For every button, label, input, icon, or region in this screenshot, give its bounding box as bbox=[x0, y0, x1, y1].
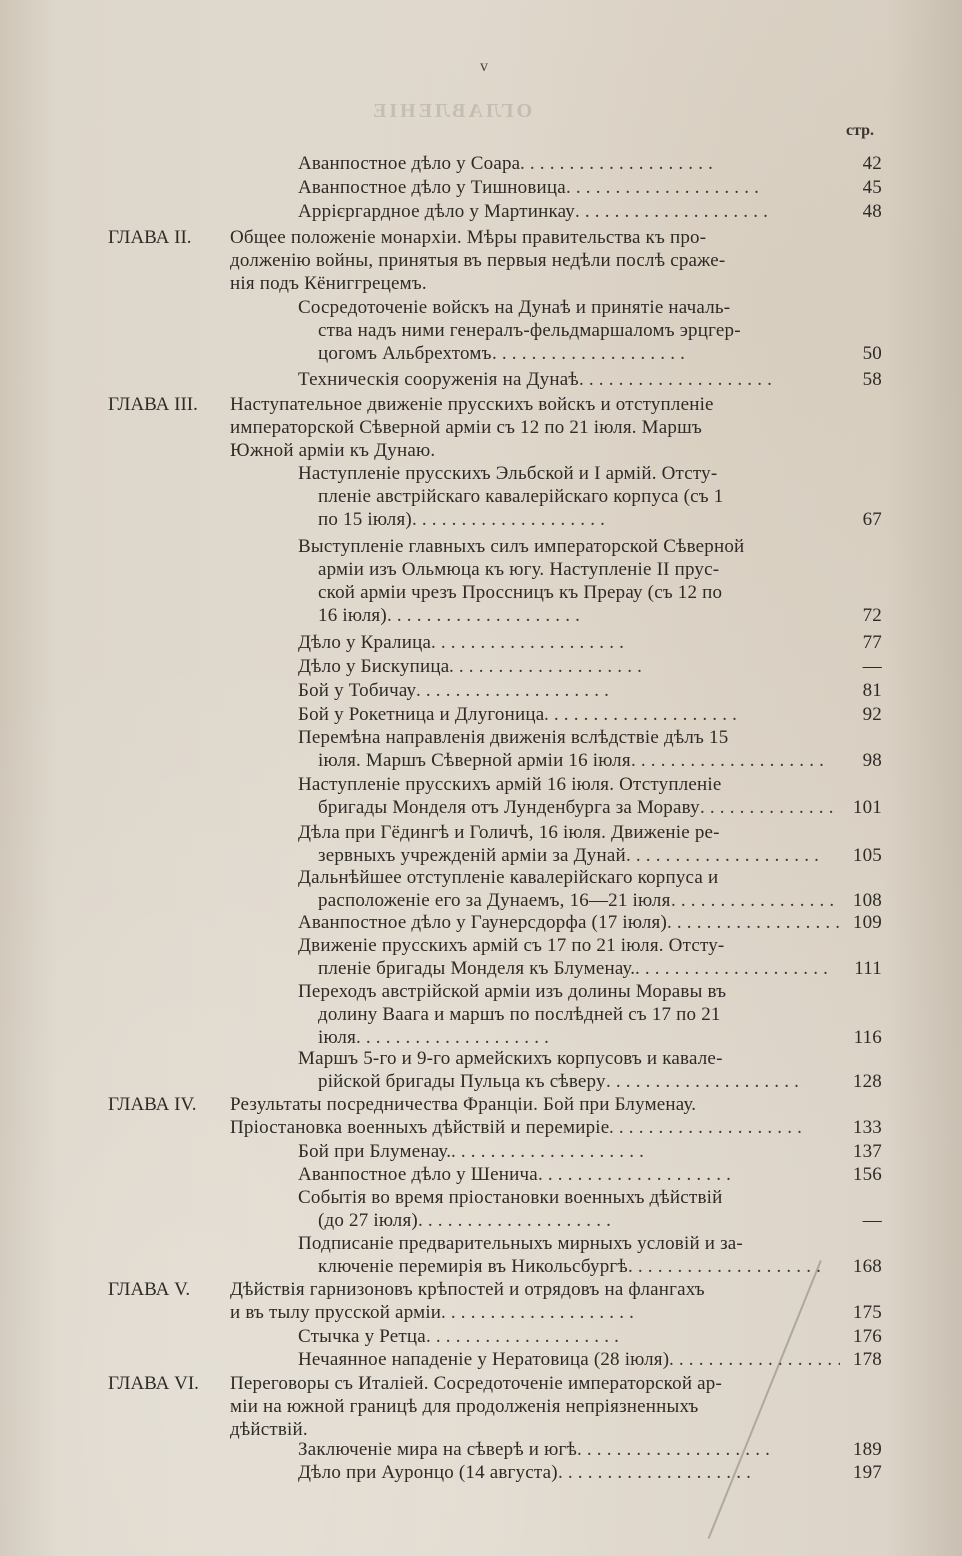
toc-page-number: 156 bbox=[842, 1163, 882, 1186]
leader-dots: . . . . . . . . . . . . . . . . . . . . bbox=[492, 342, 685, 365]
toc-entry-line: Дѣйствія гарнизоновъ крѣпостей и отрядов… bbox=[230, 1278, 840, 1301]
toc-entry-text: Аванпостное дѣло у Гаунерсдорфа (17 іюля… bbox=[298, 912, 667, 933]
toc-entry-line: цогомъ Альбрехтомъ . . . . . . . . . . .… bbox=[318, 342, 840, 365]
toc-page-number: 175 bbox=[842, 1301, 882, 1324]
toc-entry-line: міи на южной границѣ для продолженія неп… bbox=[230, 1395, 840, 1418]
toc-page-number: 111 bbox=[842, 957, 882, 980]
toc-entry-text: Сосредоточеніе войскъ на Дунаѣ и приняті… bbox=[298, 297, 730, 318]
toc-entry-text: ключеніе перемирія въ Никольсбургѣ bbox=[318, 1256, 628, 1277]
toc-entry-text: Движеніе прусскихъ армій съ 17 по 21 іюл… bbox=[298, 935, 724, 956]
toc-entry-line: Дѣло у Бискупица . . . . . . . . . . . .… bbox=[298, 655, 840, 678]
toc-entry-text: Результаты посредничества Франціи. Бой п… bbox=[230, 1094, 696, 1115]
toc-page-number: 45 bbox=[842, 176, 882, 199]
leader-dots: . . . . . . . . . . . . . . . . . . . . bbox=[700, 796, 840, 819]
toc-page-number: 98 bbox=[842, 749, 882, 772]
toc-entry-line: Дѣла при Гёдингѣ и Голичѣ, 16 іюля. Движ… bbox=[298, 821, 840, 844]
toc-entry-line: Общее положеніе монархіи. Мѣры правитель… bbox=[230, 226, 840, 249]
toc-entry-line: арміи изъ Ольмюца къ югу. Наступленіе II… bbox=[318, 558, 840, 581]
toc-page-number: 116 bbox=[842, 1026, 882, 1049]
toc-page-number: 108 bbox=[842, 889, 882, 912]
toc-entry-text: Аванпостное дѣло у Шенича bbox=[298, 1164, 538, 1185]
toc-page-number: 109 bbox=[842, 911, 882, 934]
toc-entry-line: Пріостановка военныхъ дѣйствій и перемир… bbox=[230, 1116, 840, 1139]
toc-entry-line: Техническія сооруженія на Дунаѣ . . . . … bbox=[298, 368, 840, 391]
toc-page-number: 178 bbox=[842, 1348, 882, 1371]
toc-entry-text: Дѣйствія гарнизоновъ крѣпостей и отрядов… bbox=[230, 1279, 705, 1300]
toc-entry-text: Маршъ 5-го и 9-го армейскихъ корпусовъ и… bbox=[298, 1048, 723, 1069]
toc-entry-text: ства надъ ними генералъ-фельдмаршаломъ э… bbox=[318, 320, 741, 341]
toc-entry-text: Наступательное движеніе прусскихъ войскъ… bbox=[230, 394, 714, 415]
toc-entry-line: Бой у Тобичау . . . . . . . . . . . . . … bbox=[298, 679, 840, 702]
leader-dots: . . . . . . . . . . . . . . . . . . . . bbox=[631, 749, 824, 772]
toc-entry-line: нія подъ Кёниггрецемъ. bbox=[230, 272, 840, 295]
toc-page-number: 168 bbox=[842, 1255, 882, 1278]
toc-entry-text: (до 27 іюля) bbox=[318, 1210, 418, 1231]
toc-entry-line: 16 іюля) . . . . . . . . . . . . . . . .… bbox=[318, 604, 840, 627]
toc-entry-line: Наступательное движеніе прусскихъ войскъ… bbox=[230, 393, 840, 416]
toc-entry-line: Аванпостное дѣло у Соара . . . . . . . .… bbox=[298, 152, 840, 175]
toc-page-number: 42 bbox=[842, 152, 882, 175]
toc-entry-line: Подписаніе предварительныхъ мирныхъ усло… bbox=[298, 1232, 840, 1255]
leader-dots: . . . . . . . . . . . . . . . . . . . . bbox=[558, 1461, 751, 1484]
toc-entry-line: зервныхъ учрежденій арміи за Дунай . . .… bbox=[318, 844, 840, 867]
toc-entry-line: Бой у Рокетница и Длугоница . . . . . . … bbox=[298, 703, 840, 726]
leader-dots: . . . . . . . . . . . . . . . . . . . . bbox=[449, 655, 642, 678]
toc-entry-text: долину Ваага и маршъ по послѣдней съ 17 … bbox=[318, 1004, 721, 1025]
toc-entry-text: Перемѣна направленія движенія вслѣдствіе… bbox=[298, 727, 728, 748]
toc-entry-text: Бой у Тобичау bbox=[298, 680, 416, 701]
leader-dots: . . . . . . . . . . . . . . . . . . . . bbox=[418, 1209, 611, 1232]
toc-entry-line: по 15 іюля) . . . . . . . . . . . . . . … bbox=[318, 508, 840, 531]
toc-entry-text: по 15 іюля) bbox=[318, 509, 412, 530]
toc-entry-line: іюля . . . . . . . . . . . . . . . . . .… bbox=[318, 1026, 840, 1049]
page-column-header: стр. bbox=[846, 122, 874, 140]
leader-dots: . . . . . . . . . . . . . . . . . . . . bbox=[520, 152, 713, 175]
toc-page-number: 67 bbox=[842, 508, 882, 531]
toc-entry-line: Переговоры съ Италіей. Сосредоточеніе им… bbox=[230, 1372, 840, 1395]
toc-entry-line: Маршъ 5-го и 9-го армейскихъ корпусовъ и… bbox=[298, 1047, 840, 1070]
toc-entry-text: Нечаянное нападеніе у Нератовица (28 іюл… bbox=[298, 1349, 669, 1370]
toc-page-number: 101 bbox=[842, 796, 882, 819]
toc-entry-text: долженію войны, принятыя въ первыя недѣл… bbox=[230, 250, 725, 271]
toc-entry-line: рійской бригады Пульца къ сѣверу . . . .… bbox=[318, 1070, 840, 1093]
toc-entry-text: пленіе австрійскаго кавалерійскаго корпу… bbox=[318, 486, 723, 507]
leader-dots: . . . . . . . . . . . . . . . . . . . . bbox=[441, 1301, 634, 1324]
toc-page-number: 81 bbox=[842, 679, 882, 702]
toc-entry-line: Аванпостное дѣло у Тишновица . . . . . .… bbox=[298, 176, 840, 199]
toc-entry-line: Наступленіе прусскихъ армій 16 іюля. Отс… bbox=[298, 773, 840, 796]
toc-entry-line: Бой при Блуменау. . . . . . . . . . . . … bbox=[298, 1140, 840, 1163]
toc-entry-text: Выступленіе главныхъ силъ императорской … bbox=[298, 536, 744, 557]
toc-entry-line: (до 27 іюля) . . . . . . . . . . . . . .… bbox=[318, 1209, 840, 1232]
toc-page-number: — bbox=[842, 655, 882, 678]
leader-dots: . . . . . . . . . . . . . . . . . . . . bbox=[566, 176, 759, 199]
leader-dots: . . . . . . . . . . . . . . . . . . . . bbox=[609, 1116, 802, 1139]
toc-entry-text: Пріостановка военныхъ дѣйствій и перемир… bbox=[230, 1117, 609, 1138]
chapter-label: ГЛАВА IV. bbox=[108, 1093, 196, 1116]
toc-entry-line: Дѣло у Кралица . . . . . . . . . . . . .… bbox=[298, 631, 840, 654]
toc-entry-line: Заключеніе мира на сѣверѣ и югѣ . . . . … bbox=[298, 1438, 840, 1461]
toc-page-number: — bbox=[842, 1209, 882, 1232]
toc-entry-line: Дѣло при Ауронцо (14 августа) . . . . . … bbox=[298, 1461, 840, 1484]
leader-dots: . . . . . . . . . . . . . . . . . . . . bbox=[606, 1070, 799, 1093]
toc-entry-text: Бой при Блуменау. bbox=[298, 1141, 451, 1162]
toc-page-number: 128 bbox=[842, 1070, 882, 1093]
toc-entry-line: Переходъ австрійской арміи изъ долины Мо… bbox=[298, 980, 840, 1003]
leader-dots: . . . . . . . . . . . . . . . . . . . . bbox=[356, 1026, 549, 1049]
toc-entry-text: рійской бригады Пульца къ сѣверу bbox=[318, 1071, 606, 1092]
toc-entry-line: ской арміи чрезъ Проссницъ къ Прерау (съ… bbox=[318, 581, 840, 604]
toc-entry-line: императорской Сѣверной арміи съ 12 по 21… bbox=[230, 416, 840, 439]
toc-entry-line: Перемѣна направленія движенія вслѣдствіе… bbox=[298, 726, 840, 749]
toc-entry-text: Дѣло при Ауронцо (14 августа) bbox=[298, 1462, 558, 1483]
toc-entry-text: Техническія сооруженія на Дунаѣ bbox=[298, 369, 579, 390]
toc-entry-text: 16 іюля) bbox=[318, 605, 387, 626]
leader-dots: . . . . . . . . . . . . . . . . . . . . bbox=[538, 1163, 731, 1186]
toc-entry-line: и въ тылу прусской арміи . . . . . . . .… bbox=[230, 1301, 840, 1324]
toc-entry-text: нія подъ Кёниггрецемъ. bbox=[230, 273, 427, 294]
chapter-label: ГЛАВА II. bbox=[108, 226, 192, 249]
toc-entry-text: арміи изъ Ольмюца къ югу. Наступленіе II… bbox=[318, 559, 719, 580]
book-page: v ОГЛАВЛЕНІЕ стр. Аванпостное дѣло у Соа… bbox=[0, 0, 962, 1556]
toc-page-number: 92 bbox=[842, 703, 882, 726]
toc-entry-text: Наступленіе прусскихъ Эльбской и I армій… bbox=[298, 463, 717, 484]
leader-dots: . . . . . . . . . . . . . . . . . . . . bbox=[412, 508, 605, 531]
toc-entry-text: расположеніе его за Дунаемъ, 16—21 іюля bbox=[318, 890, 671, 911]
toc-entry-text: Заключеніе мира на сѣверѣ и югѣ bbox=[298, 1439, 577, 1460]
toc-entry-line: Выступленіе главныхъ силъ императорской … bbox=[298, 535, 840, 558]
toc-entry-text: Бой у Рокетница и Длугоница bbox=[298, 704, 544, 725]
toc-page-number: 137 bbox=[842, 1140, 882, 1163]
toc-page-number: 105 bbox=[842, 844, 882, 867]
leader-dots: . . . . . . . . . . . . . . . . . . . . bbox=[628, 1255, 821, 1278]
leader-dots: . . . . . . . . . . . . . . . . . . . . bbox=[579, 368, 772, 391]
page-number: v bbox=[480, 58, 488, 76]
toc-entry-text: Аванпостное дѣло у Соара bbox=[298, 153, 520, 174]
toc-entry-text: міи на южной границѣ для продолженія неп… bbox=[230, 1396, 699, 1417]
toc-entry-text: ской арміи чрезъ Проссницъ къ Прерау (съ… bbox=[318, 582, 722, 603]
toc-entry-text: и въ тылу прусской арміи bbox=[230, 1302, 441, 1323]
toc-entry-text: Переходъ австрійской арміи изъ долины Мо… bbox=[298, 981, 726, 1002]
toc-entry-text: Южной арміи къ Дунаю. bbox=[230, 440, 435, 461]
leader-dots: . . . . . . . . . . . . . . . . . . . . bbox=[431, 631, 624, 654]
leader-dots: . . . . . . . . . . . . . . . . . . . . bbox=[426, 1325, 619, 1348]
toc-entry-text: іюля bbox=[318, 1027, 356, 1048]
toc-entry-line: Аванпостное дѣло у Гаунерсдорфа (17 іюля… bbox=[298, 911, 840, 934]
toc-page-number: 197 bbox=[842, 1461, 882, 1484]
toc-entry-line: Движеніе прусскихъ армій съ 17 по 21 іюл… bbox=[298, 934, 840, 957]
toc-entry-text: Стычка у Ретца bbox=[298, 1326, 426, 1347]
chapter-label: ГЛАВА VI. bbox=[108, 1372, 199, 1395]
leader-dots: . . . . . . . . . . . . . . . . . . . . bbox=[671, 889, 840, 912]
toc-entry-text: Аррієргардное дѣло у Мартинкау bbox=[298, 201, 575, 222]
toc-entry-line: бригады Монделя отъ Лунденбурга за Морав… bbox=[318, 796, 840, 819]
toc-entry-text: Дѣла при Гёдингѣ и Голичѣ, 16 іюля. Движ… bbox=[298, 822, 720, 843]
toc-entry-line: Наступленіе прусскихъ Эльбской и I армій… bbox=[298, 462, 840, 485]
toc-page-number: 77 bbox=[842, 631, 882, 654]
toc-entry-text: Подписаніе предварительныхъ мирныхъ усло… bbox=[298, 1233, 743, 1254]
show-through-title: ОГЛАВЛЕНІЕ bbox=[370, 100, 532, 123]
toc-entry-text: Дѣло у Бискупица bbox=[298, 656, 449, 677]
toc-entry-line: Нечаянное нападеніе у Нератовица (28 іюл… bbox=[298, 1348, 840, 1371]
toc-entry-line: долину Ваага и маршъ по послѣдней съ 17 … bbox=[318, 1003, 840, 1026]
leader-dots: . . . . . . . . . . . . . . . . . . . . bbox=[626, 844, 819, 867]
toc-entry-text: Аванпостное дѣло у Тишновица bbox=[298, 177, 566, 198]
leader-dots: . . . . . . . . . . . . . . . . . . . . bbox=[451, 1140, 644, 1163]
toc-entry-line: Результаты посредничества Франціи. Бой п… bbox=[230, 1093, 840, 1116]
toc-entry-text: цогомъ Альбрехтомъ bbox=[318, 343, 492, 364]
leader-dots: . . . . . . . . . . . . . . . . . . . . bbox=[416, 679, 609, 702]
toc-entry-line: Аванпостное дѣло у Шенича . . . . . . . … bbox=[298, 1163, 840, 1186]
toc-page-number: 133 bbox=[842, 1116, 882, 1139]
toc-entry-text: Общее положеніе монархіи. Мѣры правитель… bbox=[230, 227, 706, 248]
toc-page-number: 48 bbox=[842, 200, 882, 223]
toc-page-number: 50 bbox=[842, 342, 882, 365]
toc-entry-text: іюля. Маршъ Сѣверной арміи 16 іюля bbox=[318, 750, 631, 771]
toc-entry-line: ства надъ ними генералъ-фельдмаршаломъ э… bbox=[318, 319, 840, 342]
toc-entry-text: дѣйствій. bbox=[230, 1419, 308, 1440]
toc-entry-text: бригады Монделя отъ Лунденбурга за Морав… bbox=[318, 797, 700, 818]
toc-entry-line: долженію войны, принятыя въ первыя недѣл… bbox=[230, 249, 840, 272]
toc-entry-line: пленіе австрійскаго кавалерійскаго корпу… bbox=[318, 485, 840, 508]
toc-entry-text: императорской Сѣверной арміи съ 12 по 21… bbox=[230, 417, 702, 438]
toc-page-number: 176 bbox=[842, 1325, 882, 1348]
toc-entry-text: Событія во время пріостановки военныхъ д… bbox=[298, 1187, 722, 1208]
toc-entry-line: пленіе бригады Монделя къ Блуменау. . . … bbox=[318, 957, 840, 980]
leader-dots: . . . . . . . . . . . . . . . . . . . . bbox=[669, 1348, 840, 1371]
chapter-label: ГЛАВА V. bbox=[108, 1278, 190, 1301]
toc-entry-line: Южной арміи къ Дунаю. bbox=[230, 439, 840, 462]
toc-page-number: 72 bbox=[842, 604, 882, 627]
leader-dots: . . . . . . . . . . . . . . . . . . . . bbox=[635, 957, 828, 980]
toc-entry-text: зервныхъ учрежденій арміи за Дунай bbox=[318, 845, 626, 866]
leader-dots: . . . . . . . . . . . . . . . . . . . . bbox=[667, 911, 840, 934]
chapter-label: ГЛАВА III. bbox=[108, 393, 198, 416]
toc-entry-line: Аррієргардное дѣло у Мартинкау . . . . .… bbox=[298, 200, 840, 223]
leader-dots: . . . . . . . . . . . . . . . . . . . . bbox=[544, 703, 737, 726]
toc-entry-text: Дѣло у Кралица bbox=[298, 632, 431, 653]
toc-entry-line: ключеніе перемирія въ Никольсбургѣ . . .… bbox=[318, 1255, 840, 1278]
toc-entry-line: расположеніе его за Дунаемъ, 16—21 іюля … bbox=[318, 889, 840, 912]
toc-entry-line: іюля. Маршъ Сѣверной арміи 16 іюля . . .… bbox=[318, 749, 840, 772]
leader-dots: . . . . . . . . . . . . . . . . . . . . bbox=[575, 200, 768, 223]
leader-dots: . . . . . . . . . . . . . . . . . . . . bbox=[387, 604, 580, 627]
toc-entry-line: Дальнѣйшее отступленіе кавалерійскаго ко… bbox=[298, 866, 840, 889]
toc-page-number: 189 bbox=[842, 1438, 882, 1461]
toc-entry-line: Сосредоточеніе войскъ на Дунаѣ и приняті… bbox=[298, 296, 840, 319]
toc-entry-text: Переговоры съ Италіей. Сосредоточеніе им… bbox=[230, 1373, 722, 1394]
toc-page-number: 58 bbox=[842, 368, 882, 391]
toc-entry-text: Наступленіе прусскихъ армій 16 іюля. Отс… bbox=[298, 774, 722, 795]
toc-entry-text: Дальнѣйшее отступленіе кавалерійскаго ко… bbox=[298, 867, 718, 888]
toc-entry-line: Событія во время пріостановки военныхъ д… bbox=[298, 1186, 840, 1209]
toc-entry-line: Стычка у Ретца . . . . . . . . . . . . .… bbox=[298, 1325, 840, 1348]
toc-entry-text: пленіе бригады Монделя къ Блуменау. bbox=[318, 958, 635, 979]
